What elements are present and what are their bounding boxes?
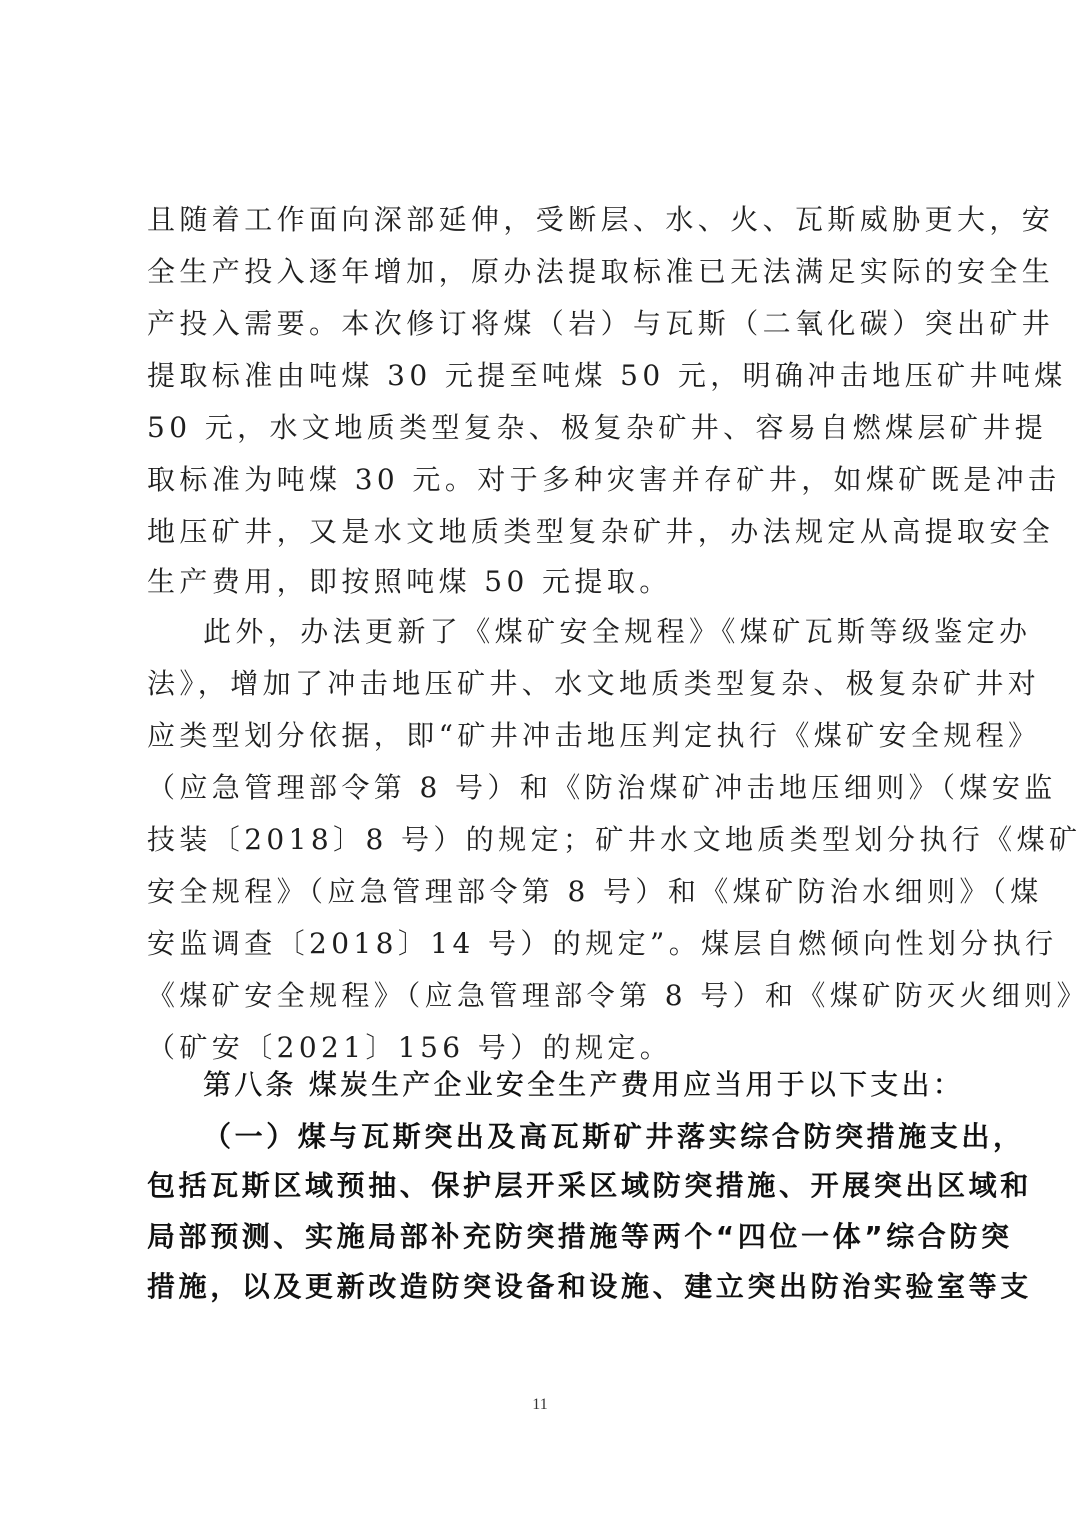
paragraph-2-line-3: 应类型划分依据，即“矿井冲击地压判定执行《煤矿安全规程》: [147, 716, 947, 756]
paragraph-1-line-8: 生产费用，即按照吨煤 50 元提取。: [147, 562, 947, 602]
paragraph-2-line-4: （应急管理部令第 8 号）和《防治煤矿冲击地压细则》（煤安监: [147, 768, 947, 808]
paragraph-1-line-1: 且随着工作面向深部延伸，受断层、水、火、瓦斯威胁更大，安: [147, 200, 947, 240]
article-8-item-1-line-4: 措施，以及更新改造防突设备和设施、建立突出防治实验室等支: [147, 1267, 947, 1307]
paragraph-2-line-8: 《煤矿安全规程》（应急管理部令第 8 号）和《煤矿防灭火细则》: [147, 976, 947, 1016]
paragraph-1-line-5: 50 元，水文地质类型复杂、极复杂矿井、容易自燃煤层矿井提: [147, 408, 947, 448]
paragraph-2-line-9: （矿安〔2021〕156 号）的规定。: [147, 1028, 947, 1068]
article-8-item-1-line-2: 包括瓦斯区域预抽、保护层开采区域防突措施、开展突出区域和: [147, 1166, 947, 1206]
paragraph-1-line-7: 地压矿井，又是水文地质类型复杂矿井，办法规定从高提取安全: [147, 512, 947, 552]
article-8-heading: 第八条 煤炭生产企业安全生产费用应当用于以下支出：: [203, 1065, 947, 1105]
article-8-item-1-line-1: （一）煤与瓦斯突出及高瓦斯矿井落实综合防突措施支出，: [203, 1117, 947, 1157]
paragraph-1-line-2: 全生产投入逐年增加，原办法提取标准已无法满足实际的安全生: [147, 252, 947, 292]
paragraph-2-line-2: 法》，增加了冲击地压矿井、水文地质类型复杂、极复杂矿井对: [147, 664, 947, 704]
document-page: 且随着工作面向深部延伸，受断层、水、火、瓦斯威胁更大，安 全生产投入逐年增加，原…: [0, 0, 1080, 1527]
paragraph-1-line-6: 取标准为吨煤 30 元。对于多种灾害并存矿井，如煤矿既是冲击: [147, 460, 947, 500]
paragraph-2-line-1: 此外，办法更新了《煤矿安全规程》《煤矿瓦斯等级鉴定办: [203, 612, 947, 652]
article-8-item-1-line-3: 局部预测、实施局部补充防突措施等两个“四位一体”综合防突: [147, 1217, 947, 1257]
paragraph-1-line-3: 产投入需要。本次修订将煤（岩）与瓦斯（二氧化碳）突出矿井: [147, 304, 947, 344]
paragraph-2-line-5: 技装〔2018〕8 号）的规定；矿井水文地质类型划分执行《煤矿: [147, 820, 947, 860]
paragraph-1-line-4: 提取标准由吨煤 30 元提至吨煤 50 元，明确冲击地压矿井吨煤: [147, 356, 947, 396]
paragraph-2-line-7: 安监调查〔2018〕14 号）的规定”。煤层自燃倾向性划分执行: [147, 924, 947, 964]
paragraph-2-line-6: 安全规程》（应急管理部令第 8 号）和《煤矿防治水细则》（煤: [147, 872, 947, 912]
page-number: 11: [0, 1396, 1080, 1414]
